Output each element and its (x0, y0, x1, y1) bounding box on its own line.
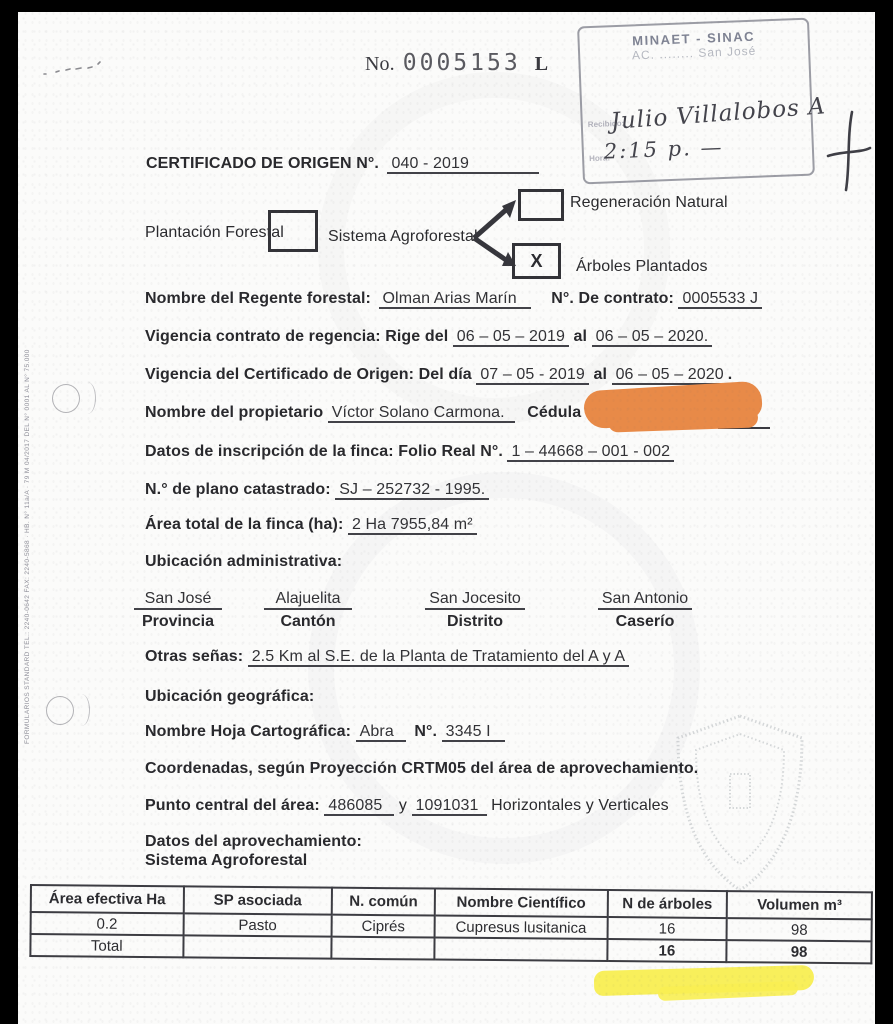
canton-block: Alajuelita Cantón (248, 590, 368, 631)
plano-value: SJ – 252732 - 1995. (335, 481, 489, 500)
cell-total-sp (183, 935, 332, 958)
hoja-num-label: N°. (414, 723, 437, 740)
provincia-value: San José (134, 590, 222, 610)
punto-central-h: 486085 (324, 797, 394, 816)
arboles-plantados-checkbox: X (512, 243, 561, 279)
vigencia-certificado-period: . (728, 366, 733, 383)
vigencia-regencia-hasta: 06 – 05 – 2020. (592, 328, 713, 347)
plano-line: N.° de plano catastrado: SJ – 252732 - 1… (145, 481, 489, 499)
regente-label: Nombre del Regente forestal: (145, 290, 371, 307)
cell-narboles: 16 (607, 917, 727, 940)
punch-hole-icon (46, 696, 74, 725)
sistema-agroforestal-subtitle: Sistema Agroforestal (145, 851, 362, 870)
punto-central-suffix: Horizontales y Verticales (491, 797, 669, 814)
finca-value: 1 – 44668 – 001 - 002 (507, 443, 674, 462)
vigencia-regencia-al: al (574, 328, 588, 345)
finca-line: Datos de inscripción de la finca: Folio … (145, 443, 674, 461)
col-header-cientifico: Nombre Científico (435, 889, 608, 918)
otras-senas-line: Otras señas: 2.5 Km al S.E. de la Planta… (145, 648, 629, 666)
vigencia-regencia-label: Vigencia contrato de regencia: Rige del (145, 328, 448, 345)
stamp-received-by-signature: Julio Villalobos A (610, 93, 827, 135)
sistema-agroforestal-label: Sistema Agroforestal (328, 228, 478, 246)
coordenadas-line: Coordenadas, según Proyección CRTM05 del… (145, 760, 698, 778)
stamp-time-value: 2:15 p. — (603, 135, 723, 164)
regeneracion-natural-label: Regeneración Natural (570, 194, 728, 212)
cell-total-cientifico (434, 938, 607, 962)
caserio-value: San Antonio (598, 590, 692, 610)
cell-total-volumen: 98 (727, 940, 872, 963)
punto-central-label: Punto central del área: (145, 797, 320, 814)
cell-total-narboles: 16 (607, 939, 727, 962)
caserio-block: San Antonio Caserío (575, 590, 715, 631)
handwritten-cross-mark (824, 108, 874, 196)
document-page: FORMULARIOS STANDARD TEL.: 2240-0642 FAX… (18, 12, 875, 1024)
provincia-block: San José Provincia (118, 590, 238, 631)
cell-total-label: Total (30, 934, 183, 957)
checkbox-x-mark: X (530, 251, 542, 272)
distrito-block: San Jocesito Distrito (400, 590, 550, 631)
datos-aprovechamiento-title: Datos del aprovechamiento: (145, 832, 362, 851)
plano-label: N.° de plano catastrado: (145, 481, 331, 498)
certificate-title: CERTIFICADO DE ORIGEN N°. (146, 155, 379, 172)
screenshot-frame: { "doc": { "no_label": "No.", "no_value"… (0, 0, 893, 1024)
plantacion-forestal-label: Plantación Forestal (145, 224, 284, 242)
vigencia-certificado-desde: 07 – 05 - 2019 (476, 366, 589, 385)
vigencia-regencia-desde: 06 – 05 – 2019 (453, 328, 569, 347)
otras-senas-value: 2.5 Km al S.E. de la Planta de Tratamien… (248, 648, 629, 667)
punch-hole-icon (52, 384, 80, 413)
cell-volumen: 98 (727, 918, 872, 941)
col-header-narboles: N de árboles (607, 890, 727, 918)
hoja-cartografica-line: Nombre Hoja Cartográfica: Abra N°. 3345 … (145, 723, 505, 741)
reception-stamp: MINAET - SINAC AC. ........ San José Rec… (577, 18, 815, 185)
distrito-label: Distrito (400, 613, 550, 631)
area-value: 2 Ha 7955,84 m² (348, 516, 477, 535)
propietario-label: Nombre del propietario (145, 404, 323, 421)
regente-line: Nombre del Regente forestal: Olman Arias… (145, 290, 762, 308)
canton-value: Alajuelita (264, 590, 352, 610)
cell-total-ncomun (332, 937, 435, 960)
caserio-label: Caserío (575, 613, 715, 631)
certificate-number: 040 - 2019 (387, 155, 539, 174)
vigencia-regencia-line: Vigencia contrato de regencia: Rige del … (145, 328, 712, 346)
cell-sp: Pasto (183, 913, 332, 936)
watermark-shield-seal (670, 712, 810, 894)
contrato-label: N°. De contrato: (551, 290, 674, 307)
plantacion-forestal-checkbox (268, 210, 318, 252)
col-header-ncomun: N. común (332, 888, 435, 916)
punto-central-v: 1091031 (412, 797, 487, 816)
regente-value: Olman Arias Marín (379, 290, 531, 309)
ubicacion-geografica-title: Ubicación geográfica: (145, 688, 314, 706)
propietario-line: Nombre del propietario Víctor Solano Car… (145, 404, 597, 422)
canton-label: Cantón (248, 613, 368, 631)
otras-senas-label: Otras señas: (145, 648, 243, 665)
vigencia-certificado-line: Vigencia del Certificado de Origen: Del … (145, 366, 732, 384)
arboles-plantados-label: Árboles Plantados (576, 258, 708, 276)
harvest-data-table: Área efectiva Ha SP asociada N. común No… (29, 884, 873, 964)
cell-cientifico: Cupresus lusitanica (435, 916, 608, 940)
propietario-value: Víctor Solano Carmona. (328, 404, 515, 423)
cell-area: 0.2 (31, 912, 184, 935)
datos-aprovechamiento-block: Datos del aprovechamiento: Sistema Agrof… (145, 832, 362, 870)
punch-hole-arc-icon (82, 382, 96, 414)
provincia-label: Provincia (118, 613, 238, 631)
certificate-title-line: CERTIFICADO DE ORIGEN N°. 040 - 2019 (146, 155, 539, 173)
regeneracion-natural-checkbox (518, 189, 564, 221)
finca-label: Datos de inscripción de la finca: Folio … (145, 443, 503, 460)
contrato-value: 0005533 J (678, 290, 762, 309)
punch-hole-arc-icon (76, 694, 90, 726)
hoja-value: Abra (356, 723, 406, 742)
ubicacion-administrativa-title: Ubicación administrativa: (145, 553, 342, 571)
hoja-num-value: 3345 I (442, 723, 505, 742)
vigencia-certificado-al: al (593, 366, 607, 383)
margin-printer-imprint: FORMULARIOS STANDARD TEL.: 2240-0642 FAX… (24, 384, 31, 744)
document-number: No.0005153L (365, 50, 548, 76)
col-header-volumen: Volumen m³ (727, 891, 872, 919)
document-number-suffix: L (535, 53, 548, 75)
vigencia-certificado-hasta: 06 – 05 – 2020 (612, 366, 728, 385)
col-header-sp: SP asociada (183, 886, 332, 914)
scan-noise (40, 52, 130, 82)
cell-ncomun: Ciprés (332, 915, 435, 938)
document-number-value: 0005153 (403, 50, 521, 76)
area-label: Área total de la finca (ha): (145, 516, 343, 533)
punto-central-line: Punto central del área: 486085 y 1091031… (145, 797, 669, 815)
hoja-label: Nombre Hoja Cartográfica: (145, 723, 351, 740)
document-number-label: No. (365, 53, 395, 75)
punto-central-conj: y (399, 797, 407, 814)
area-line: Área total de la finca (ha): 2 Ha 7955,8… (145, 516, 477, 534)
distrito-value: San Jocesito (425, 590, 525, 610)
col-header-area: Área efectiva Ha (31, 885, 184, 913)
vigencia-certificado-label: Vigencia del Certificado de Origen: Del … (145, 366, 472, 383)
